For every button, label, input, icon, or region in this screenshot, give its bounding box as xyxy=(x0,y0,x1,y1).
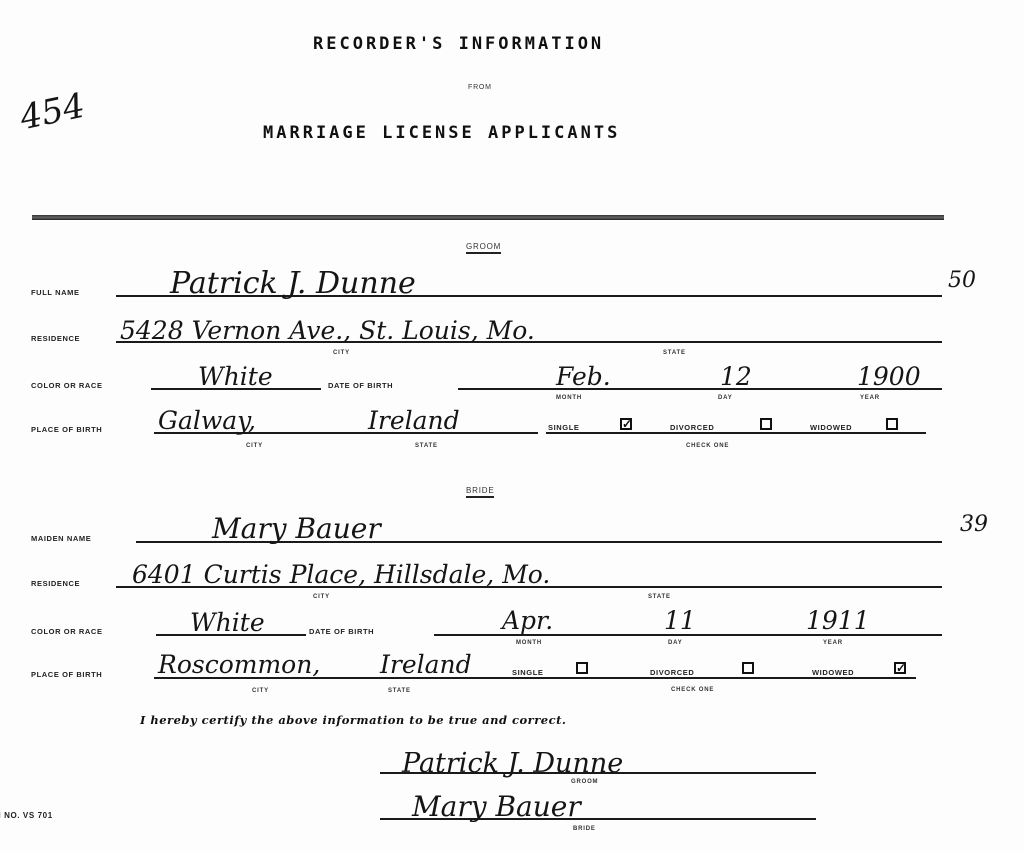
form-number: M NO. VS 701 xyxy=(0,811,53,820)
groom-pob-label: PLACE OF BIRTH xyxy=(31,425,102,434)
groom-divorced-label: DIVORCED xyxy=(670,423,714,432)
file-number: 454 xyxy=(17,86,89,139)
groom-color: White xyxy=(198,362,273,391)
groom-dob-month-label: MONTH xyxy=(556,395,582,401)
bride-pob-city: Roscommon, xyxy=(158,650,320,679)
bride-dob-label: DATE OF BIRTH xyxy=(309,627,374,636)
groom-age: 50 xyxy=(948,268,976,293)
bride-dob-year-label: YEAR xyxy=(823,640,843,646)
groom-pob-state: Ireland xyxy=(368,406,460,435)
bride-marital-line xyxy=(506,677,916,679)
bride-pob-label: PLACE OF BIRTH xyxy=(31,670,102,679)
groom-section-label: GROOM xyxy=(466,242,501,254)
form-subtitle: MARRIAGE LICENSE APPLICANTS xyxy=(263,123,620,143)
groom-dob-day-label: DAY xyxy=(718,395,733,401)
bride-divorced-label: DIVORCED xyxy=(650,668,694,677)
bride-pob-state: Ireland xyxy=(380,650,472,679)
bride-pob-state-label: STATE xyxy=(388,688,411,694)
groom-divorced-checkbox[interactable] xyxy=(760,418,772,430)
groom-full-name: Patrick J. Dunne xyxy=(170,266,416,301)
groom-dob-day: 12 xyxy=(720,362,752,391)
form-title: RECORDER'S INFORMATION xyxy=(313,34,604,54)
bride-section-label: BRIDE xyxy=(466,486,494,498)
bride-residence-label: RESIDENCE xyxy=(31,579,80,588)
bride-widowed-label: WIDOWED xyxy=(812,668,854,677)
groom-widowed-checkbox[interactable] xyxy=(886,418,898,430)
bride-divorced-checkbox[interactable] xyxy=(742,662,754,674)
bride-residence: 6401 Curtis Place, Hillsdale, Mo. xyxy=(132,560,550,589)
groom-single-checkbox[interactable]: ✓ xyxy=(620,418,632,430)
bride-widowed-checkbox[interactable]: ✓ xyxy=(894,662,906,674)
header-divider xyxy=(32,215,944,220)
bride-signature-label: BRIDE xyxy=(573,826,596,832)
bride-residence-state-label: STATE xyxy=(648,594,671,600)
bride-dob-month: Apr. xyxy=(502,606,553,635)
bride-signature-line xyxy=(380,818,816,820)
groom-full-name-label: FULL NAME xyxy=(31,288,80,297)
bride-age: 39 xyxy=(960,512,988,537)
groom-residence: 5428 Vernon Ave., St. Louis, Mo. xyxy=(120,316,535,345)
groom-residence-state-label: STATE xyxy=(663,350,686,356)
groom-pob-city-label: CITY xyxy=(246,443,263,449)
groom-color-label: COLOR OR RACE xyxy=(31,381,103,390)
bride-maiden-name: Mary Bauer xyxy=(212,512,381,545)
groom-pob-city: Galway, xyxy=(158,406,256,435)
bride-maiden-name-label: MAIDEN NAME xyxy=(31,534,91,543)
bride-residence-city-label: CITY xyxy=(313,594,330,600)
bride-check-one-label: CHECK ONE xyxy=(671,687,714,693)
bride-single-label: SINGLE xyxy=(512,668,544,677)
bride-dob-year: 1911 xyxy=(806,606,870,635)
bride-color-label: COLOR OR RACE xyxy=(31,627,103,636)
groom-dob-year-label: YEAR xyxy=(860,395,880,401)
groom-residence-label: RESIDENCE xyxy=(31,334,80,343)
bride-dob-month-label: MONTH xyxy=(516,640,542,646)
form-from-label: FROM xyxy=(468,84,492,91)
groom-signature-label: GROOM xyxy=(571,779,598,785)
groom-dob-label: DATE OF BIRTH xyxy=(328,381,393,390)
bride-single-checkbox[interactable] xyxy=(576,662,588,674)
groom-check-one-label: CHECK ONE xyxy=(686,443,729,449)
certification-statement: I hereby certify the above information t… xyxy=(140,713,566,727)
groom-signature-line xyxy=(380,772,816,774)
groom-marital-line xyxy=(546,432,926,434)
bride-dob-day: 11 xyxy=(664,606,696,635)
groom-residence-city-label: CITY xyxy=(333,350,350,356)
groom-pob-state-label: STATE xyxy=(415,443,438,449)
groom-single-label: SINGLE xyxy=(548,423,580,432)
groom-dob-year: 1900 xyxy=(857,362,921,391)
bride-pob-city-label: CITY xyxy=(252,688,269,694)
groom-widowed-label: WIDOWED xyxy=(810,423,852,432)
groom-signature: Patrick J. Dunne xyxy=(402,748,623,779)
bride-dob-day-label: DAY xyxy=(668,640,683,646)
groom-dob-month: Feb. xyxy=(556,362,611,391)
bride-color: White xyxy=(190,608,265,637)
